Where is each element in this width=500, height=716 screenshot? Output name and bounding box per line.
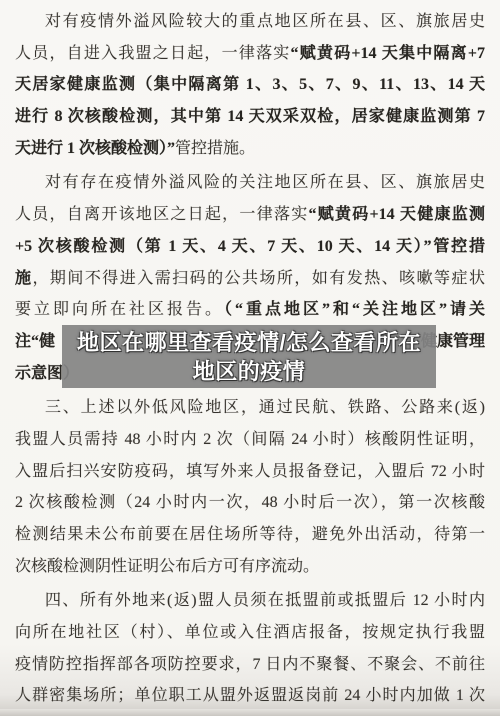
text-run: 次核酸检测阴性证明公布后方可有序流动。 <box>15 558 319 575</box>
text-line: +5 次核酸检测（第 1 天、4 天、7 天、10 天、14 天）”管控措 <box>15 231 485 263</box>
text-line: 人员，自进入我盟之日起，一律落实“赋黄码+14 天集中隔离+7 <box>15 38 485 70</box>
text-run: +5 次核酸检测（第 1 天、4 天、7 天、10 天、14 天）”管控措 <box>15 238 485 255</box>
text-run: 入盟后扫兴安防疫码，填写外来人员报备登记，入盟后 72 小时 <box>15 463 485 480</box>
text-run: （“重点地区”和“关注地区”请关 <box>224 301 485 318</box>
text-run: 对有疫情外溢风险较大的重点地区所在县、区、旗旅居史 <box>45 13 485 30</box>
text-run: 人员，自离开该地区之日起，一律落实 <box>15 206 309 223</box>
text-line: 要立即向所在社区报告。（“重点地区”和“关注地区”请关 <box>15 294 485 326</box>
overlay-title-line1: 地区在哪里查看疫情/怎么查看所在 <box>62 328 436 357</box>
text-line: 人群密集场所；单位职工从盟外返盟返岗前 24 小时内加做 1 次 <box>15 680 485 712</box>
text-line: 向所在地社区（村）、单位或入住酒店报备，按规定执行我盟 <box>15 617 485 649</box>
text-run: 疫情防控指挥部各项防控要求，7 日内不聚餐、不聚会、不前往 <box>15 656 485 673</box>
text-line: 次核酸检测阴性证明公布后方可有序流动。 <box>15 551 485 583</box>
text-line: 进行 8 次核酸检测，其中第 14 天双采双检，居家健康监测第 7 <box>15 101 485 133</box>
text-line: 对有存在疫情外溢风险的关注地区所在县、区、旗旅居史 <box>15 167 485 199</box>
text-run: 进行 8 次核酸检测，其中第 14 天双采双检，居家健康监测第 7 <box>15 108 485 125</box>
text-line: 天居家健康监测（集中隔离第 1、3、5、7、9、11、13、14 天 <box>15 69 485 101</box>
text-run: 检测结果未公布前要在居住场所等待，避免外出活动，待第一 <box>15 526 485 543</box>
text-line: 对有疫情外溢风险较大的重点地区所在县、区、旗旅居史 <box>15 6 485 38</box>
text-line: 三、上述以外低风险地区，通过民航、铁路、公路来(返) <box>15 392 485 424</box>
text-run: “赋黄码+14 天健康监测 <box>309 206 486 223</box>
text-run: ，期间不得进入需扫码的公共场所，如有发热、咳嗽等症状 <box>32 270 485 287</box>
text-run: 三、上述以外低风险地区，通过民航、铁路、公路来(返) <box>45 399 485 416</box>
text-run: 向所在地社区（村）、单位或入住酒店报备，按规定执行我盟 <box>15 624 485 641</box>
title-overlay-banner: 地区在哪里查看疫情/怎么查看所在 地区的疫情 <box>62 325 436 388</box>
page-bottom-edge <box>0 709 500 716</box>
text-run: 人群密集场所；单位职工从盟外返盟返岗前 24 小时内加做 1 次 <box>15 687 485 704</box>
text-line: 天进行 1 次核酸检测）”管控措施。 <box>15 133 485 165</box>
text-run: 要立即向所在社区报告。 <box>15 301 224 318</box>
text-run: 2 次核酸检测（24 小时内一次，48 小时后一次），第一次核酸 <box>15 494 485 511</box>
text-run: 管控措施。 <box>175 140 255 157</box>
text-line: 2 次核酸检测（24 小时内一次，48 小时后一次），第一次核酸 <box>15 487 485 519</box>
text-run: 四、所有外地来(返)盟人员须在抵盟前或抵盟后 12 小时内 <box>45 592 485 609</box>
document-page: 对有疫情外溢风险较大的重点地区所在县、区、旗旅居史人员，自进入我盟之日起，一律落… <box>0 0 500 716</box>
text-run: 施 <box>15 270 32 287</box>
overlay-title-line2: 地区的疫情 <box>62 357 436 386</box>
text-line: 施，期间不得进入需扫码的公共场所，如有发热、咳嗽等症状 <box>15 263 485 295</box>
text-line: 检测结果未公布前要在居住场所等待，避免外出活动，待第一 <box>15 519 485 551</box>
text-line: 我盟人员需持 48 小时内 2 次（间隔 24 小时）核酸阴性证明， <box>15 424 485 456</box>
text-run: “赋黄码+14 天集中隔离+7 <box>291 45 485 62</box>
text-run: 我盟人员需持 48 小时内 2 次（间隔 24 小时）核酸阴性证明， <box>15 431 485 448</box>
text-line: 人员，自离开该地区之日起，一律落实“赋黄码+14 天健康监测 <box>15 199 485 231</box>
text-line: 疫情防控指挥部各项防控要求，7 日内不聚餐、不聚会、不前往 <box>15 649 485 681</box>
text-run: 天居家健康监测（集中隔离第 1、3、5、7、9、11、13、14 天 <box>15 76 485 93</box>
text-run: 人员，自进入我盟之日起，一律落实 <box>15 45 291 62</box>
text-line: 入盟后扫兴安防疫码，填写外来人员报备登记，入盟后 72 小时 <box>15 456 485 488</box>
text-run: 对有存在疫情外溢风险的关注地区所在县、区、旗旅居史 <box>45 174 485 191</box>
text-run: 注“健 <box>15 326 55 358</box>
text-line: 四、所有外地来(返)盟人员须在抵盟前或抵盟后 12 小时内 <box>15 585 485 617</box>
text-run: 天进行 1 次核酸检测）” <box>15 140 175 157</box>
